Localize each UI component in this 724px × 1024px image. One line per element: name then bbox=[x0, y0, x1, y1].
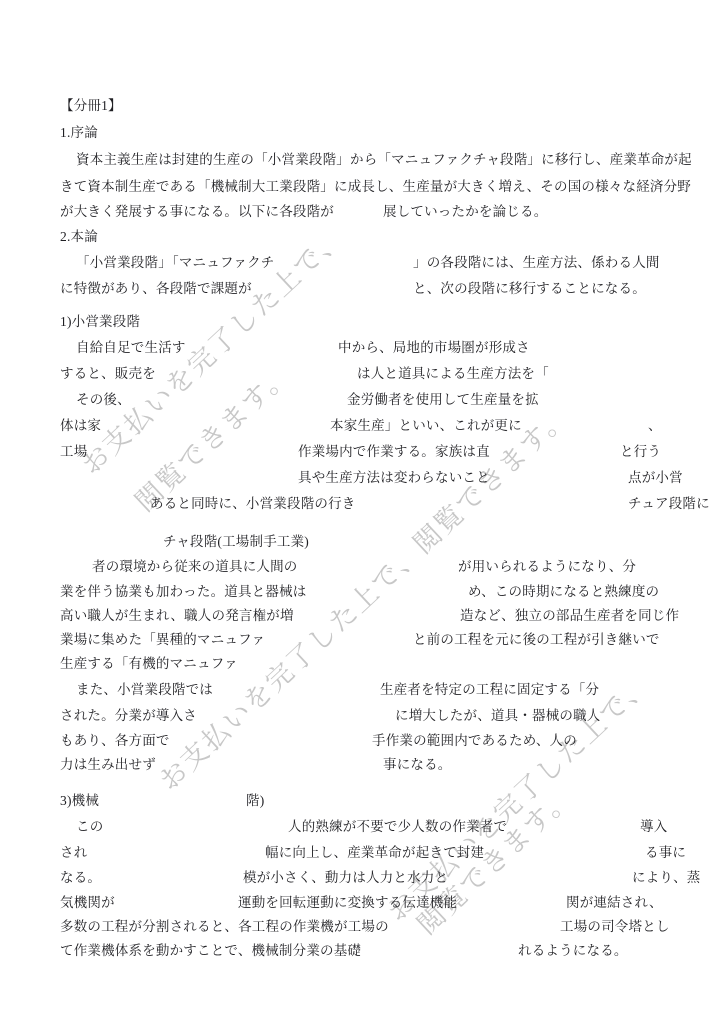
text-segment: 造など、独立の部品生産者を同じ作 bbox=[460, 604, 679, 624]
text-segment: 中から、局地的市場圏が形成さ bbox=[338, 336, 530, 356]
text-segment: 生産者を特定の工程に固定する「分 bbox=[380, 678, 599, 698]
text-line: もあり、各方面で手作業の範囲内であるため、人の bbox=[0, 729, 724, 749]
text-line: なる。模が小さく、動力は人力と水力とにより、蒸 bbox=[0, 866, 724, 886]
text-line: 資本主義生産は封建的生産の「小営業段階」から「マニュファクチャ段階」に移行し、産… bbox=[0, 148, 724, 168]
text-segment: 者の環境から従来の道具に人間の bbox=[92, 555, 298, 575]
text-segment: と行う bbox=[620, 440, 661, 460]
text-segment: 体は家 bbox=[60, 414, 101, 434]
text-segment: 展していったかを論じる。 bbox=[383, 200, 547, 220]
text-segment: 1)小営業段階 bbox=[60, 310, 140, 330]
text-line: て作業機体系を動かすことで、機械制分業の基礎れるようになる。 bbox=[0, 939, 724, 959]
text-segment: 高い職人が生まれ、職人の発言権が増 bbox=[60, 604, 294, 624]
text-line: 高い職人が生まれ、職人の発言権が増造など、独立の部品生産者を同じ作 bbox=[0, 604, 724, 624]
text-line: 自給自足で生活す中から、局地的市場圏が形成さ bbox=[0, 336, 724, 356]
text-segment: 人的熟練が不要で少人数の作業者で bbox=[288, 815, 507, 835]
text-line: 3)機械階) bbox=[0, 789, 724, 809]
text-segment: 具や生産方法は変わらないこと bbox=[298, 466, 490, 486]
document-page: お支払いを完了した上で、閲覧できます。お支払いを完了した上で、閲覧できます。お支… bbox=[0, 0, 724, 1024]
text-segment: が大きく発展する事になる。以下に各段階が bbox=[60, 200, 334, 220]
text-segment: 事になる。 bbox=[383, 753, 452, 773]
text-line: され幅に向上し、産業革命が起きて封建る事に bbox=[0, 841, 724, 861]
text-line: 【分冊1】 bbox=[0, 94, 724, 114]
text-segment: る事に bbox=[645, 841, 686, 861]
text-segment: 資本主義生産は封建的生産の「小営業段階」から「マニュファクチャ段階」に移行し、産… bbox=[76, 148, 692, 168]
text-line: 「小営業段階」「マニュファクチ」の各段階には、生産方法、係わる人間 bbox=[0, 251, 724, 271]
text-segment: 作業場内で作業する。家族は直 bbox=[298, 440, 490, 460]
text-segment: 関が連結され、 bbox=[566, 891, 663, 911]
text-segment: 【分冊1】 bbox=[60, 94, 122, 114]
text-line: に特徴があり、各段階で課題がと、次の段階に移行することになる。 bbox=[0, 277, 724, 297]
text-segment: きて資本制生産である「機械制大工業段階」に成長し、生産量が大きく増え、その国の様… bbox=[60, 175, 691, 195]
text-segment: された。分業が導入さ bbox=[60, 704, 197, 724]
text-segment: その後、 bbox=[76, 388, 131, 408]
text-line: 1)小営業段階 bbox=[0, 310, 724, 330]
text-segment: もあり、各方面で bbox=[60, 729, 170, 749]
text-segment: め、この時期になると熟練度の bbox=[468, 580, 659, 600]
text-segment: なる。 bbox=[60, 866, 101, 886]
text-line: 1.序論 bbox=[0, 121, 724, 141]
text-segment: 手作業の範囲内であるため、人の bbox=[372, 729, 577, 749]
text-segment: と、次の段階に移行することになる。 bbox=[413, 277, 646, 297]
text-segment: 業を伴う協業も加わった。道具と器械は bbox=[60, 580, 306, 600]
text-segment: 生産する「有機的マニュファ bbox=[60, 652, 238, 672]
text-line: 気機関が運動を回転運動に変換する伝達機能関が連結され、 bbox=[0, 891, 724, 911]
text-line: 具や生産方法は変わらないこと点が小営 bbox=[0, 466, 724, 486]
text-segment: 業場に集めた「異種的マニュファ bbox=[60, 628, 265, 648]
text-segment: 1.序論 bbox=[60, 121, 98, 141]
text-segment: 力は生み出せず bbox=[60, 753, 156, 773]
text-line: 業を伴う協業も加わった。道具と器械はめ、この時期になると熟練度の bbox=[0, 580, 724, 600]
text-segment: 「小営業段階」「マニュファクチ bbox=[76, 251, 274, 271]
text-segment: 点が小営 bbox=[628, 466, 683, 486]
text-segment: 2.本論 bbox=[60, 225, 98, 245]
text-line: すると、販売をは人と道具による生産方法を「 bbox=[0, 362, 724, 382]
text-segment: すると、販売を bbox=[60, 362, 156, 382]
text-segment: あると同時に、小営業段階の行き bbox=[150, 492, 356, 512]
text-segment: 3)機械 bbox=[60, 789, 99, 809]
text-line: 生産する「有機的マニュファ bbox=[0, 652, 724, 672]
text-segment: 金労働者を使用して生産量を拡 bbox=[347, 388, 539, 408]
text-segment: この bbox=[76, 815, 103, 835]
text-line: チャ段階(工場制手工業) bbox=[0, 530, 724, 550]
text-segment: 本家生産」といい、これが更に bbox=[330, 414, 522, 434]
text-line: その後、金労働者を使用して生産量を拡 bbox=[0, 388, 724, 408]
text-segment: 自給自足で生活す bbox=[76, 336, 186, 356]
text-segment: 運動を回転運動に変換する伝達機能 bbox=[238, 891, 457, 911]
text-segment: 工場 bbox=[60, 440, 87, 460]
text-segment: は人と道具による生産方法を「 bbox=[357, 362, 549, 382]
text-segment: 工場の司令塔とし bbox=[560, 915, 670, 935]
text-segment: により、蒸 bbox=[632, 866, 701, 886]
text-segment: 多数の工程が分割されると、各工程の作業機が工場の bbox=[60, 915, 389, 935]
text-segment: また、小営業段階では bbox=[76, 678, 213, 698]
text-segment: 導入 bbox=[640, 815, 667, 835]
text-line: された。分業が導入さに増大したが、道具・器械の職人 bbox=[0, 704, 724, 724]
text-segment: に特徴があり、各段階で課題が bbox=[60, 277, 252, 297]
text-segment: 、 bbox=[648, 414, 662, 434]
text-line: きて資本制生産である「機械制大工業段階」に成長し、生産量が大きく増え、その国の様… bbox=[0, 175, 724, 195]
text-segment: チャ段階(工場制手工業) bbox=[163, 530, 309, 550]
text-segment: され bbox=[60, 841, 87, 861]
text-line: 多数の工程が分割されると、各工程の作業機が工場の工場の司令塔とし bbox=[0, 915, 724, 935]
text-segment: 気機関が bbox=[60, 891, 115, 911]
text-segment: て作業機体系を動かすことで、機械制分業の基礎 bbox=[60, 939, 361, 959]
text-line: 工場作業場内で作業する。家族は直と行う bbox=[0, 440, 724, 460]
text-segment: 幅に向上し、産業革命が起きて封建 bbox=[265, 841, 484, 861]
text-segment: と前の工程を元に後の工程が引き継いで bbox=[413, 628, 660, 648]
text-segment: れるようになる。 bbox=[518, 939, 628, 959]
text-line: 力は生み出せず事になる。 bbox=[0, 753, 724, 773]
text-segment: 」の各段階には、生産方法、係わる人間 bbox=[413, 251, 660, 271]
text-line: が大きく発展する事になる。以下に各段階が展していったかを論じる。 bbox=[0, 200, 724, 220]
text-line: 者の環境から従来の道具に人間のが用いられるようになり、分 bbox=[0, 555, 724, 575]
text-line: また、小営業段階では生産者を特定の工程に固定する「分 bbox=[0, 678, 724, 698]
text-line: この人的熟練が不要で少人数の作業者で導入 bbox=[0, 815, 724, 835]
text-line: あると同時に、小営業段階の行きチュア段階に bbox=[0, 492, 724, 512]
text-segment: 模が小さく、動力は人力と水力と bbox=[243, 866, 448, 886]
text-segment: チュア段階に bbox=[628, 492, 710, 512]
text-line: 業場に集めた「異種的マニュファと前の工程を元に後の工程が引き継いで bbox=[0, 628, 724, 648]
text-line: 体は家本家生産」といい、これが更に、 bbox=[0, 414, 724, 434]
text-segment: に増大したが、道具・器械の職人 bbox=[395, 704, 601, 724]
text-segment: が用いられるようになり、分 bbox=[458, 555, 636, 575]
text-segment: 階) bbox=[246, 789, 264, 809]
text-line: 2.本論 bbox=[0, 225, 724, 245]
